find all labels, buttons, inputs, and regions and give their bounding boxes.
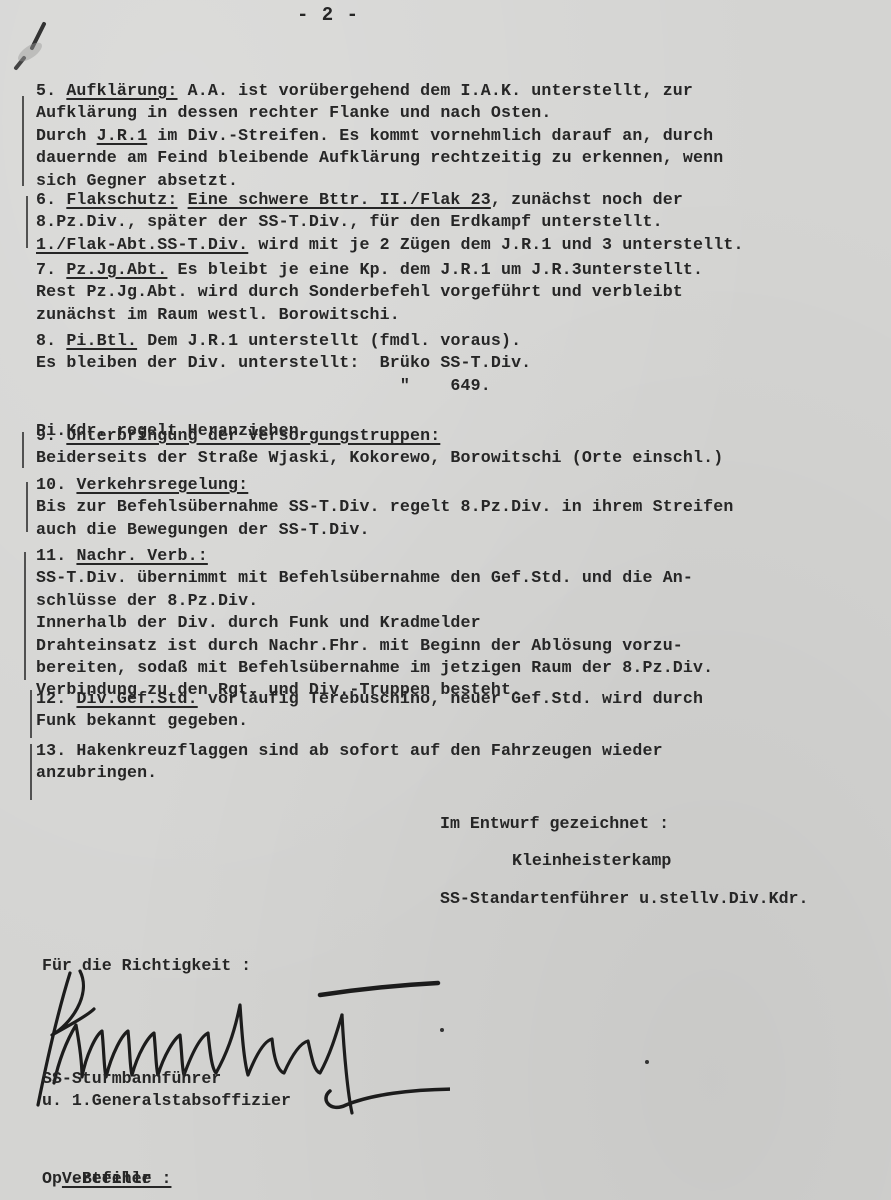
section-12-command-post: 12. Div.Gef.Std. vorläufig Terebuschino,…	[36, 688, 703, 733]
text-run: 6.	[36, 190, 66, 209]
section-5-reconnaissance: 5. Aufklärung: A.A. ist vorübergehend de…	[36, 80, 723, 192]
underlined-heading: 1./Flak-Abt.SS-T.Div.	[36, 235, 248, 254]
text-run: im Div.-Streifen. Es kommt vornehmlich d…	[147, 126, 713, 145]
section-7-antitank-battalion: 7. Pz.Jg.Abt. Es bleibt je eine Kp. dem …	[36, 259, 703, 326]
section-10-line: auch die Bewegungen der SS-T.Div.	[36, 519, 733, 541]
paper-speck	[645, 1060, 649, 1064]
text-run: Rest Pz.Jg.Abt. wird durch Sonderbefehl …	[36, 282, 683, 301]
section-7-line: zunächst im Raum westl. Borowitschi.	[36, 304, 703, 326]
text-run: " 649.	[36, 376, 491, 395]
text-run: 13. Hakenkreuzflaggen sind ab sofort auf…	[36, 741, 663, 760]
underlined-heading: Div.Gef.Std.	[76, 689, 197, 708]
underlined-heading: Eine schwere Bttr. II./Flak 23	[188, 190, 491, 209]
underlined-heading: Pi.Btl.	[66, 331, 137, 350]
section-11-line: 11. Nachr. Verb.:	[36, 545, 713, 567]
section-5-line: Aufklärung in dessen rechter Flanke und …	[36, 102, 723, 124]
underlined-heading: Aufklärung:	[66, 81, 177, 100]
text-run: 7.	[36, 260, 66, 279]
certifier-position: u. 1.Generalstabsoffizier	[42, 1090, 291, 1112]
text-run: zunächst im Raum westl. Borowitschi.	[36, 305, 400, 324]
margin-mark	[30, 690, 32, 738]
section-8-line	[36, 397, 531, 419]
pencil-mark-icon	[4, 14, 64, 74]
section-11-line: Innerhalb der Div. durch Funk und Kradme…	[36, 612, 713, 634]
section-7-line: 7. Pz.Jg.Abt. Es bleibt je eine Kp. dem …	[36, 259, 703, 281]
text-run: Es bleibt je eine Kp. dem J.R.1 um J.R.3…	[167, 260, 703, 279]
text-run: vorläufig Terebuschino, neuer Gef.Std. w…	[198, 689, 703, 708]
margin-mark	[30, 744, 32, 800]
section-11-signals: 11. Nachr. Verb.:SS-T.Div. übernimmt mit…	[36, 545, 713, 702]
text-run: 9.	[36, 426, 66, 445]
text-run: schlüsse der 8.Pz.Div.	[36, 591, 258, 610]
text-run: bereiten, sodaß mit Befehlsübernahme im …	[36, 658, 713, 677]
page-number: - 2 -	[297, 4, 359, 26]
text-run: , zunächst noch der	[491, 190, 683, 209]
commander-name: Kleinheisterkamp	[512, 850, 671, 872]
underlined-heading: J.R.1	[97, 126, 148, 145]
section-10-line: Bis zur Befehlsübernahme SS-T.Div. regel…	[36, 496, 733, 518]
text-run: 8.	[36, 331, 66, 350]
underlined-heading: Pz.Jg.Abt.	[66, 260, 167, 279]
section-6-line: 1./Flak-Abt.SS-T.Div. wird mit je 2 Züge…	[36, 234, 744, 256]
text-run: 10.	[36, 475, 76, 494]
commander-rank: SS-Standartenführer u.stellv.Div.Kdr.	[440, 888, 808, 910]
text-run: Funk bekannt gegeben.	[36, 711, 248, 730]
margin-mark	[26, 196, 28, 248]
text-run: Drahteinsatz ist durch Nachr.Fhr. mit Be…	[36, 636, 683, 655]
text-run: A.A. ist vorübergehend dem I.A.K. unters…	[178, 81, 694, 100]
section-12-line: Funk bekannt gegeben.	[36, 710, 703, 732]
section-11-line: SS-T.Div. übernimmt mit Befehlsübernahme…	[36, 567, 713, 589]
section-13-flags: 13. Hakenkreuzflaggen sind ab sofort auf…	[36, 740, 663, 785]
section-8-line: Es bleiben der Div. unterstellt: Brüko S…	[36, 352, 531, 374]
text-run: anzubringen.	[36, 763, 157, 782]
text-run: Bis zur Befehlsübernahme SS-T.Div. regel…	[36, 497, 733, 516]
text-run: dauernde am Feind bleibende Aufklärung r…	[36, 148, 723, 167]
section-10-line: 10. Verkehrsregelung:	[36, 474, 733, 496]
section-12-line: 12. Div.Gef.Std. vorläufig Terebuschino,…	[36, 688, 703, 710]
text-run: Durch	[36, 126, 97, 145]
section-11-line: bereiten, sodaß mit Befehlsübernahme im …	[36, 657, 713, 679]
text-run: wird mit je 2 Zügen dem J.R.1 und 3 unte…	[248, 235, 743, 254]
margin-mark	[22, 432, 24, 468]
text-run: Aufklärung in dessen rechter Flanke und …	[36, 103, 552, 122]
margin-mark	[26, 482, 28, 532]
section-8-line: 8. Pi.Btl. Dem J.R.1 unterstellt (fmdl. …	[36, 330, 531, 352]
text-run: Dem J.R.1 unterstellt (fmdl. voraus).	[137, 331, 521, 350]
section-7-line: Rest Pz.Jg.Abt. wird durch Sonderbefehl …	[36, 281, 703, 303]
section-13-line: 13. Hakenkreuzflaggen sind ab sofort auf…	[36, 740, 663, 762]
underlined-heading: Nachr. Verb.:	[76, 546, 207, 565]
section-9-line: 9. Unterbringung der Versorgungstruppen:	[36, 425, 723, 447]
section-10-traffic-control: 10. Verkehrsregelung:Bis zur Befehlsüber…	[36, 474, 733, 541]
margin-mark	[24, 552, 26, 680]
margin-mark	[22, 96, 24, 186]
certifier-rank: SS-Sturmbannführer	[42, 1068, 221, 1090]
underlined-heading: Verkehrsregelung:	[76, 475, 248, 494]
text-run: 12.	[36, 689, 76, 708]
underlined-heading: Flakschutz:	[66, 190, 177, 209]
paper-speck	[440, 1028, 444, 1032]
text-run: 11.	[36, 546, 76, 565]
text-run: sich Gegner absetzt.	[36, 171, 238, 190]
text-run: auch die Bewegungen der SS-T.Div.	[36, 520, 370, 539]
section-5-line: dauernde am Feind bleibende Aufklärung r…	[36, 147, 723, 169]
text-run	[178, 190, 188, 209]
section-5-line: Durch J.R.1 im Div.-Streifen. Es kommt v…	[36, 125, 723, 147]
draft-signed-label: Im Entwurf gezeichnet :	[440, 813, 669, 835]
distribution-value: Op.-Befehle	[42, 1168, 152, 1190]
text-run: 8.Pz.Div., später der SS-T.Div., für den…	[36, 212, 663, 231]
section-13-line: anzubringen.	[36, 762, 663, 784]
section-6-flak-protection: 6. Flakschutz: Eine schwere Bttr. II./Fl…	[36, 189, 744, 256]
text-run: SS-T.Div. übernimmt mit Befehlsübernahme…	[36, 568, 693, 587]
text-run: Innerhalb der Div. durch Funk und Kradme…	[36, 613, 481, 632]
section-8-line: " 649.	[36, 375, 531, 397]
section-6-line: 6. Flakschutz: Eine schwere Bttr. II./Fl…	[36, 189, 744, 211]
text-run: Beiderseits der Straße Wjaski, Kokorewo,…	[36, 448, 723, 467]
section-6-line: 8.Pz.Div., später der SS-T.Div., für den…	[36, 211, 744, 233]
section-5-line: 5. Aufklärung: A.A. ist vorübergehend de…	[36, 80, 723, 102]
underlined-heading: Unterbringung der Versorgungstruppen:	[66, 426, 440, 445]
section-11-line: schlüsse der 8.Pz.Div.	[36, 590, 713, 612]
section-9-line: Beiderseits der Straße Wjaski, Kokorewo,…	[36, 447, 723, 469]
text-run: 5.	[36, 81, 66, 100]
section-9-supply-quarters: 9. Unterbringung der Versorgungstruppen:…	[36, 425, 723, 470]
text-run: Es bleiben der Div. unterstellt: Brüko S…	[36, 353, 531, 372]
section-11-line: Drahteinsatz ist durch Nachr.Fhr. mit Be…	[36, 635, 713, 657]
